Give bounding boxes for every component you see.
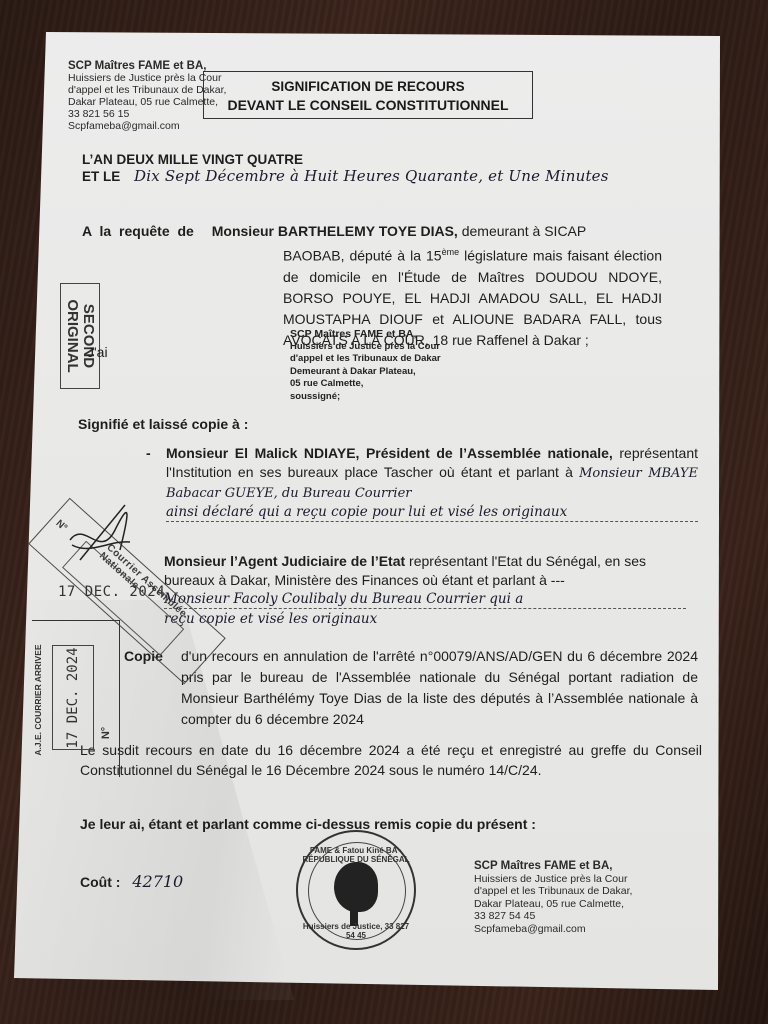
bailiff-block: SCP Maîtres FAME et BA, Huissiers de Jus… <box>290 328 441 403</box>
second-original-text: SECOND ORIGINAL <box>64 299 96 372</box>
recipient-2: Monsieur l’Agent Judiciaire de l’Etat re… <box>164 552 686 629</box>
seal-top-text: FAME & Fatou Kiné BA · RÉPUBLIQUE DU SÉN… <box>298 846 414 864</box>
bailiff-name: SCP Maîtres FAME et BA, <box>290 328 441 341</box>
day-label: ET LE <box>82 169 120 184</box>
handwritten-recipient-1-line2: ainsi déclaré qui a reçu copie pour lui … <box>166 503 698 522</box>
request-first-line: A la requête de Monsieur BARTHELEMY TOYE… <box>82 221 586 242</box>
cost-value: 42710 <box>132 872 183 891</box>
bullet-dash: - <box>146 444 151 463</box>
request-body-text: BAOBAB, député à la 15 <box>283 248 442 264</box>
bailiff-line: 05 rue Calmette, <box>290 378 441 391</box>
official-seal: FAME & Fatou Kiné BA · RÉPUBLIQUE DU SÉN… <box>296 830 416 950</box>
jai-text: J'ai <box>87 344 108 360</box>
title-line-2: DEVANT LE CONSEIL CONSTITUTIONNEL <box>204 96 532 114</box>
footer-firm-email: Scpfameba@gmail.com <box>474 923 632 936</box>
firm-email: Scpfameba@gmail.com <box>68 120 226 132</box>
document-title-box: SIGNIFICATION DE RECOURS DEVANT LE CONSE… <box>203 71 533 119</box>
arrivee-stamp-date: 17 DEC. 2024 <box>65 647 81 748</box>
handwritten-recipient-2: Monsieur Facoly Coulibaly du Bureau Cour… <box>164 590 686 609</box>
footer-firm-stamp: SCP Maîtres FAME et BA, Huissiers de Jus… <box>474 860 632 935</box>
cost-line: Coût : 42710 <box>80 872 183 891</box>
footer-firm-name: SCP Maîtres FAME et BA, <box>474 860 632 873</box>
second-original-stamp: SECOND ORIGINAL <box>60 283 100 389</box>
bailiff-line: soussigné; <box>290 391 441 404</box>
assemblee-stamp-date: 17 DEC. 2024 <box>58 584 165 600</box>
recipient-1-name: Monsieur El Malick NDIAYE, Président de … <box>166 445 613 461</box>
bailiff-line: Huissiers de Justice près la Cour <box>290 341 441 354</box>
recipient-1: - Monsieur El Malick NDIAYE, Président d… <box>146 444 698 522</box>
recipient-2-name: Monsieur l’Agent Judiciaire de l’Etat <box>164 553 405 569</box>
footer-firm-line: Huissiers de Justice près la Cour <box>474 873 632 886</box>
date-section: L’AN DEUX MILLE VINGT QUATRE ET LE Dix S… <box>82 151 609 185</box>
recipient-1-body: Monsieur El Malick NDIAYE, Président de … <box>166 444 698 522</box>
susdit-paragraph: Le susdit recours en date du 16 décembre… <box>80 740 702 780</box>
cost-label: Coût : <box>80 874 120 890</box>
seal-bottom-text: Huissiers de Justice, 33 827 54 45 <box>298 922 414 940</box>
bailiff-line: d'appel et les Tribunaux de Dakar <box>290 353 441 366</box>
footer-firm-line: d'appel et les Tribunaux de Dakar, <box>474 885 632 898</box>
copie-text: d'un recours en annulation de l'arrêté n… <box>181 646 698 730</box>
signature-scribble-icon <box>60 500 140 580</box>
courrier-arrivee-stamp: 17 DEC. 2024 <box>52 645 94 750</box>
arrivee-stamp-number: N° <box>100 727 112 739</box>
handwritten-recipient-2-line2: reçu copie et visé les originaux <box>164 609 686 629</box>
day-line: ET LE Dix Sept Décembre à Huit Heures Qu… <box>82 168 609 185</box>
footer-firm-address: Dakar Plateau, 05 rue Calmette, <box>474 898 632 911</box>
closing-statement: Je leur ai, étant et parlant comme ci-de… <box>80 816 536 832</box>
footer-firm-phone: 33 827 54 45 <box>474 910 632 923</box>
requester-name: Monsieur BARTHELEMY TOYE DIAS, <box>212 223 458 239</box>
served-label: Signifié et laissé copie à : <box>78 416 248 432</box>
request-lead: A la requête de <box>82 223 194 239</box>
superscript: ème <box>442 247 460 257</box>
year-line: L’AN DEUX MILLE VINGT QUATRE <box>82 151 609 168</box>
bailiff-line: Demeurant à Dakar Plateau, <box>290 366 441 379</box>
handwritten-date: Dix Sept Décembre à Huit Heures Quarante… <box>134 167 609 185</box>
arrivee-stamp-label: A.J.E. COURRIER ARRIVEE <box>33 644 43 755</box>
title-line-1: SIGNIFICATION DE RECOURS <box>204 78 532 96</box>
copie-paragraph: Copie d'un recours en annulation de l'ar… <box>124 646 698 730</box>
request-first-tail: demeurant à SICAP <box>458 223 586 239</box>
